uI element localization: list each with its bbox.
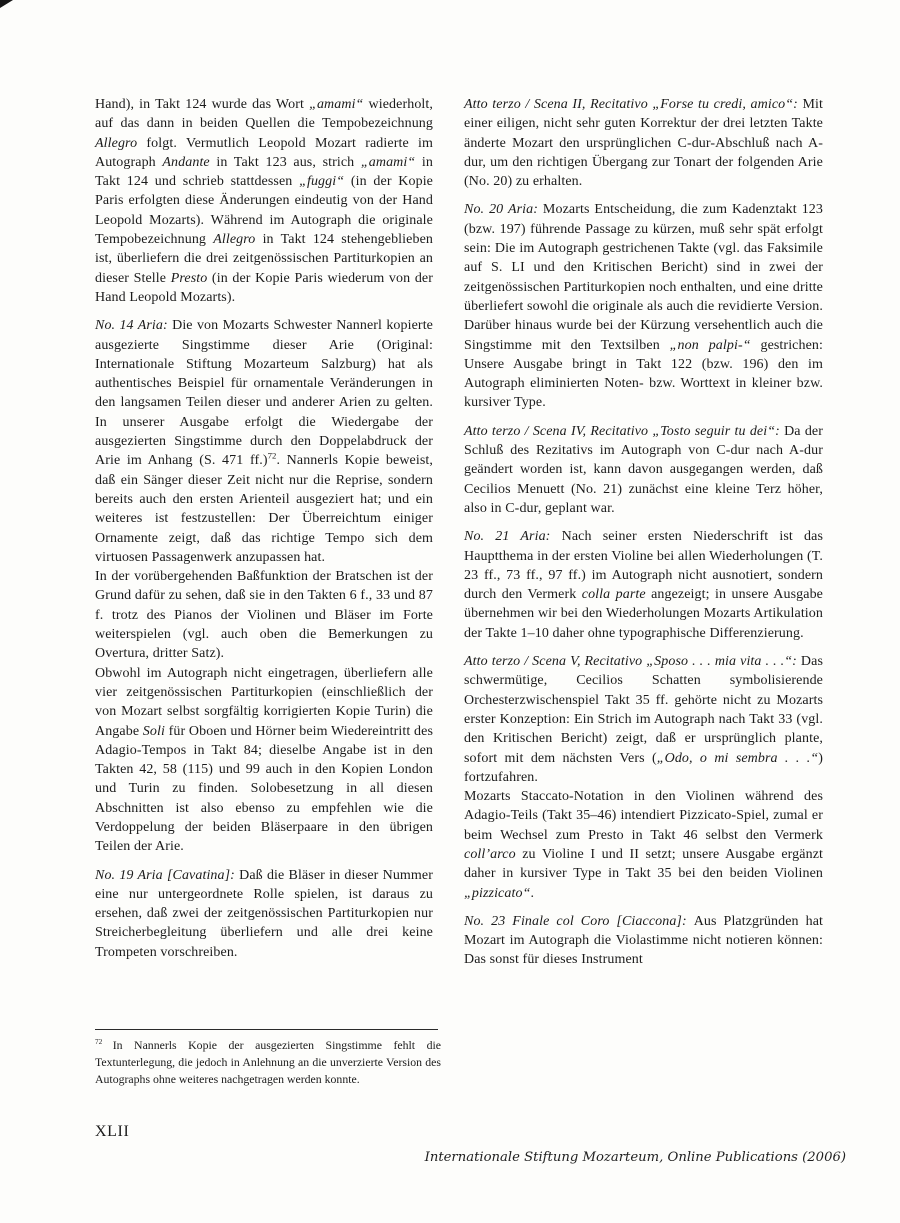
text-segment: Die von Mozarts Schwester Nannerl kopier…: [95, 318, 433, 468]
text-segment: zu Violine I und II setzt; unsere Ausgab…: [464, 847, 823, 881]
text-segment: In der vorübergehenden Baßfunktion der B…: [95, 569, 433, 661]
paragraph: No. 23 Finale col Coro [Ciaccona]: Aus P…: [464, 912, 823, 970]
text-segment: „Odo, o mi sembra . . .“: [657, 751, 819, 766]
text-segment: „pizzicato“: [464, 886, 530, 901]
text-segment: Soli: [143, 724, 165, 739]
paragraph: No. 21 Aria: Nach seiner ersten Niedersc…: [464, 527, 823, 643]
scan-corner-artifact: [0, 0, 13, 8]
text-segment: No. 23 Finale col Coro [Ciaccona]:: [464, 914, 694, 929]
text-segment: Das schwermütige, Cecilios Schatten symb…: [464, 654, 823, 765]
text-segment: „non palpi-“: [670, 338, 751, 353]
text-segment: Allegro: [213, 232, 255, 247]
text-segment: Mozarts Staccato-Notation in den Violine…: [464, 789, 823, 843]
text-segment: . Nannerls Kopie beweist, daß ein Sänger…: [95, 453, 433, 564]
page-body: Hand), in Takt 124 wurde das Wort „amami…: [95, 95, 823, 970]
footnote: 72 In Nannerls Kopie der ausgezierten Si…: [95, 1037, 441, 1087]
left-column: Hand), in Takt 124 wurde das Wort „amami…: [95, 95, 433, 970]
text-segment: No. 20 Aria:: [464, 202, 543, 217]
text-segment: „fuggi“: [299, 174, 344, 189]
text-segment: Hand), in Takt 124 wurde das Wort: [95, 97, 309, 112]
text-segment: Atto terzo / Scena IV, Recitativo „Tosto…: [464, 424, 784, 439]
text-segment: No. 19 Aria [Cavatina]:: [95, 868, 239, 883]
paragraph: Atto terzo / Scena II, Recitativo „Forse…: [464, 95, 823, 191]
right-column: Atto terzo / Scena II, Recitativo „Forse…: [464, 95, 823, 970]
paragraph: No. 20 Aria: Mozarts Entscheidung, die z…: [464, 200, 823, 412]
paragraph: 72 In Nannerls Kopie der ausgezierten Si…: [95, 1037, 441, 1087]
paragraph: Hand), in Takt 124 wurde das Wort „amami…: [95, 95, 433, 307]
paragraph: No. 19 Aria [Cavatina]: Daß die Bläser i…: [95, 866, 433, 962]
paragraph: In der vorübergehenden Baßfunktion der B…: [95, 567, 433, 663]
text-segment: .: [530, 886, 534, 901]
text-segment: In Nannerls Kopie der ausgezierten Sings…: [95, 1038, 441, 1086]
paragraph: Atto terzo / Scena V, Recitativo „Sposo …: [464, 652, 823, 787]
text-segment: Allegro: [95, 136, 137, 151]
text-segment: Presto: [171, 271, 208, 286]
publication-footer: Internationale Stiftung Mozarteum, Onlin…: [425, 1150, 846, 1165]
footnote-marker: 72: [95, 1037, 113, 1046]
paragraph: Mozarts Staccato-Notation in den Violine…: [464, 787, 823, 903]
text-segment: Mozarts Entscheidung, die zum Kadenztakt…: [464, 202, 823, 352]
paragraph: Atto terzo / Scena IV, Recitativo „Tosto…: [464, 422, 823, 518]
text-segment: Andante: [162, 155, 209, 170]
footnote-separator: [95, 1029, 438, 1030]
text-segment: „amami“: [309, 97, 363, 112]
text-segment: Atto terzo / Scena V, Recitativo „Sposo …: [464, 654, 801, 669]
text-segment: No. 14 Aria:: [95, 318, 172, 333]
paragraph: No. 14 Aria: Die von Mozarts Schwester N…: [95, 316, 433, 567]
paragraph: Obwohl im Autograph nicht eingetragen, ü…: [95, 664, 433, 857]
document-page: Hand), in Takt 124 wurde das Wort „amami…: [0, 0, 900, 1223]
page-number: XLII: [95, 1123, 129, 1141]
text-segment: „amami“: [361, 155, 415, 170]
text-segment: colla parte: [582, 587, 646, 602]
text-segment: Atto terzo / Scena II, Recitativo „Forse…: [464, 97, 802, 112]
text-segment: in Takt 123 aus, strich: [210, 155, 361, 170]
text-segment: coll’arco: [464, 847, 516, 862]
footnote-block: 72 In Nannerls Kopie der ausgezierten Si…: [95, 1029, 441, 1087]
text-segment: für Oboen und Hörner beim Wiedereintritt…: [95, 724, 433, 855]
text-segment: No. 21 Aria:: [464, 529, 562, 544]
